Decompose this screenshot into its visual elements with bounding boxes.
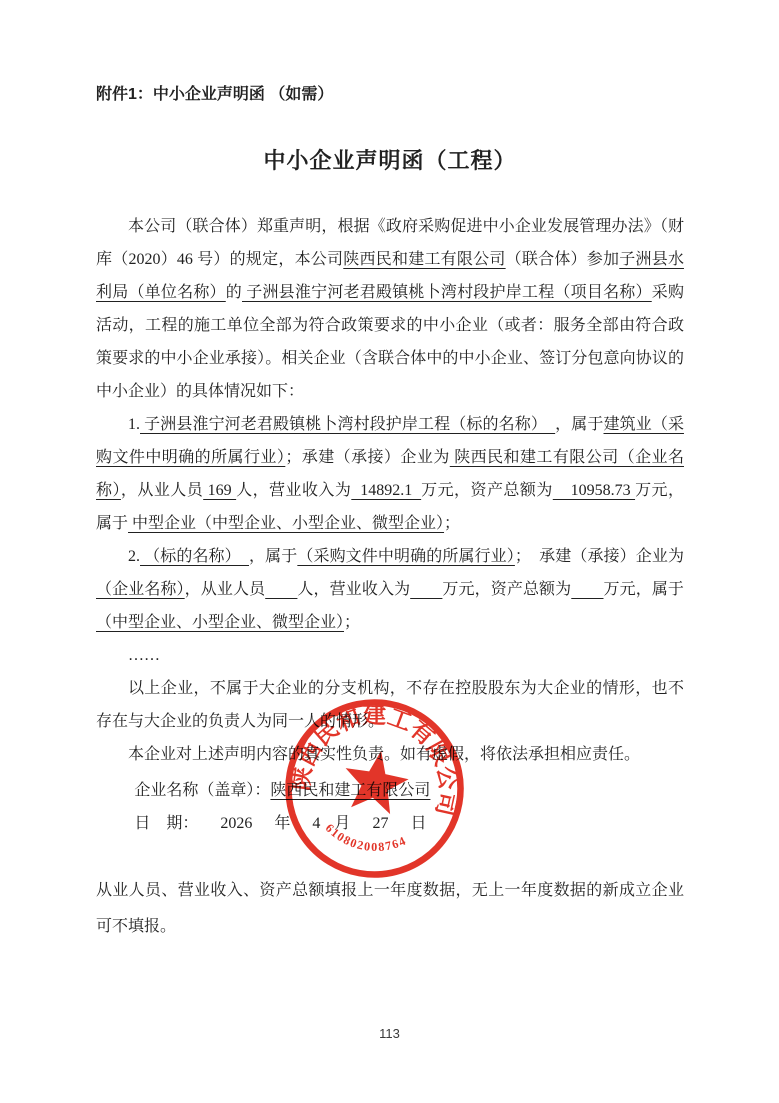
document-title: 中小企业声明函（工程） (96, 146, 684, 176)
footnote: 从业人员、营业收入、资产总额填报上一年度数据，无上一年度数据的新成立企业可不填报… (96, 873, 684, 945)
attachment-name: 中小企业声明函 （如需） (153, 86, 333, 103)
signature-month-unit: 月 (334, 815, 350, 832)
signature-company-line: 企业名称（盖章）：陕西民和建工有限公司 (96, 774, 684, 807)
paragraph-ellipsis: …… (96, 639, 684, 672)
document-body: 本公司（联合体）郑重声明，根据《政府采购促进中小企业发展管理办法》（财库（202… (96, 210, 684, 771)
signature-day-unit: 日 (410, 815, 426, 832)
signature-date-label: 日 期： (134, 815, 198, 832)
page-number: 113 (0, 1026, 779, 1041)
signature-year-unit: 年 (274, 815, 290, 832)
signature-day: 27 (372, 815, 388, 832)
paragraph-item-1: 1. 子洲县淮宁河老君殿镇桃卜湾村段护岸工程（标的名称） ，属于建筑业（采购文件… (96, 408, 684, 540)
attachment-heading: 附件1：中小企业声明函 （如需） (96, 84, 684, 106)
paragraph-no-large-enterprise: 以上企业，不属于大企业的分支机构，不存在控股股东为大企业的情形，也不存在与大企业… (96, 672, 684, 738)
signature-month: 4 (312, 815, 320, 832)
signature-block: 企业名称（盖章）：陕西民和建工有限公司 日 期：2026年4月27日 (96, 774, 684, 840)
attachment-label: 附件1： (96, 86, 153, 103)
signature-company-name: 陕西民和建工有限公司 (270, 782, 430, 799)
paragraph-responsibility: 本企业对上述声明内容的真实性负责。如有虚假，将依法承担相应责任。 (96, 738, 684, 771)
signature-company-label: 企业名称（盖章）： (134, 782, 270, 799)
signature-date-line: 日 期：2026年4月27日 (96, 807, 684, 840)
document-page: 附件1：中小企业声明函 （如需） 中小企业声明函（工程） 本公司（联合体）郑重声… (0, 0, 779, 1103)
paragraph-item-2: 2. （标的名称） ，属于（采购文件中明确的所属行业）； 承建（承接）企业为（企… (96, 540, 684, 639)
paragraph-declaration: 本公司（联合体）郑重声明，根据《政府采购促进中小企业发展管理办法》（财库（202… (96, 210, 684, 408)
signature-year: 2026 (220, 815, 252, 832)
